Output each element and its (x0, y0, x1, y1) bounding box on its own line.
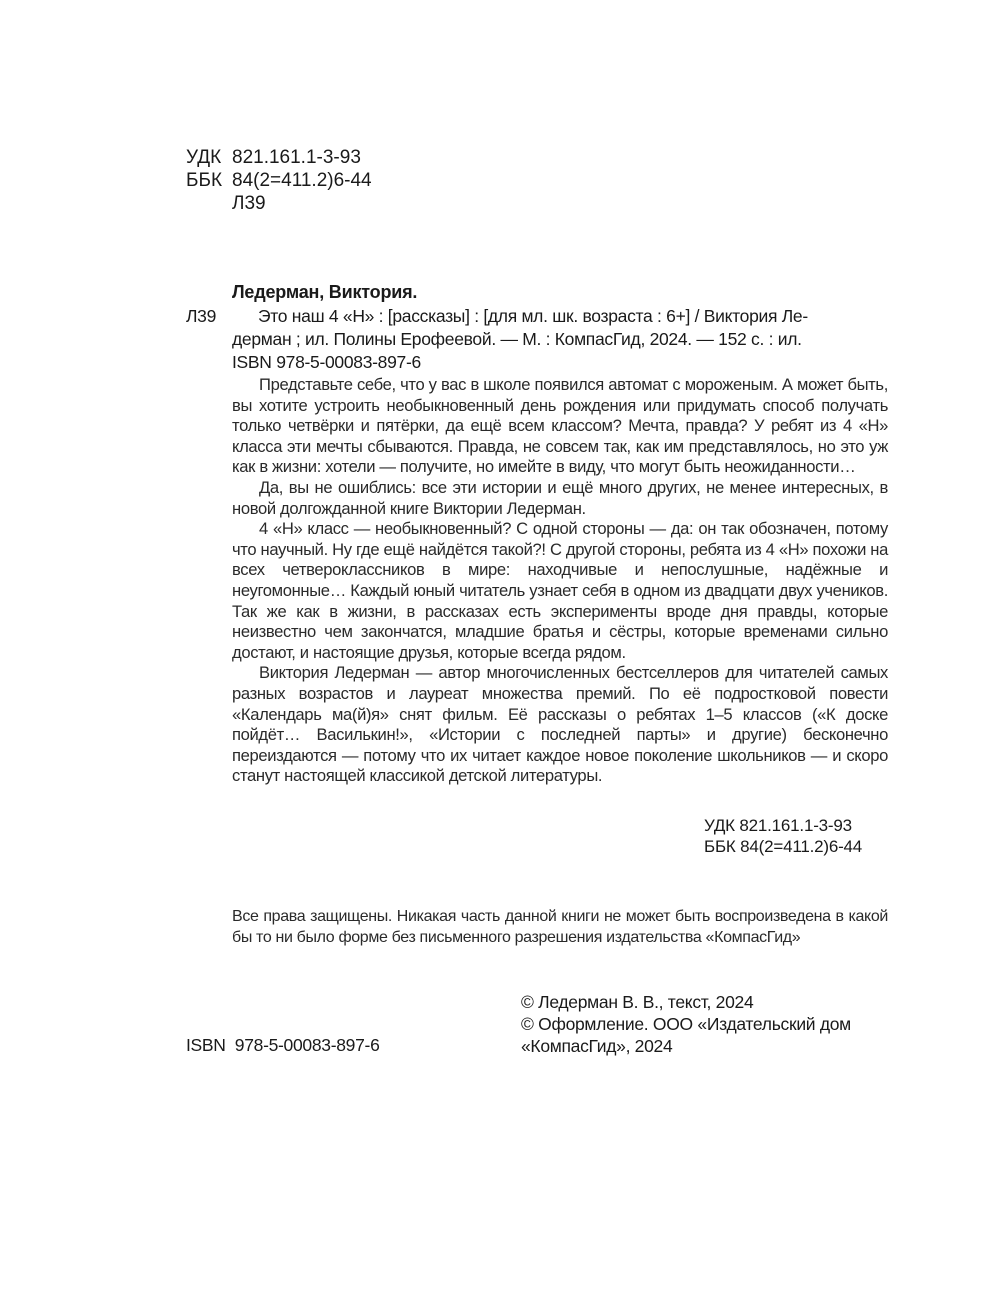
annotation: Представьте себе, что у вас в школе появ… (232, 375, 888, 787)
classification-block-top: УДК821.161.1-3-93 ББК84(2=411.2)6-44 Л39 (186, 146, 372, 215)
copyright-line: © Ледерман В. В., текст, 2024 (521, 991, 851, 1013)
udk-label: УДК (186, 146, 232, 169)
bib-author-mark: Л39 (186, 305, 216, 328)
annotation-paragraph: 4 «Н» класс — необыкновенный? С одной ст… (232, 519, 888, 663)
udk-bottom: УДК 821.161.1-3-93 (704, 815, 862, 836)
bib-line-1: Это наш 4 «Н» : [рассказы] : [для мл. шк… (232, 305, 892, 328)
bbk-value: 84(2=411.2)6-44 (232, 169, 372, 192)
bbk-label: ББК (186, 169, 232, 192)
bbk-bottom: ББК 84(2=411.2)6-44 (704, 836, 862, 857)
udk-value: 821.161.1-3-93 (232, 146, 361, 169)
bib-isbn: ISBN 978-5-00083-897-6 (232, 351, 892, 374)
rights-notice: Все права защищены. Никакая часть данной… (232, 907, 888, 948)
annotation-paragraph: Представьте себе, что у вас в школе появ… (232, 375, 888, 478)
bibliographic-description: Это наш 4 «Н» : [рассказы] : [для мл. шк… (232, 305, 892, 374)
footer-isbn: ISBN 978-5-00083-897-6 (186, 1034, 380, 1056)
copyright-line: «КомпасГид», 2024 (521, 1035, 851, 1057)
annotation-paragraph: Да, вы не ошиблись: все эти истории и ещ… (232, 478, 888, 519)
author-mark: Л39 (232, 192, 266, 215)
annotation-paragraph: Виктория Ледерман — автор многочисленных… (232, 663, 888, 787)
bib-line-2: дерман ; ил. Полины Ерофеевой. — М. : Ко… (232, 328, 892, 351)
copyright-block: © Ледерман В. В., текст, 2024 © Оформлен… (521, 991, 851, 1057)
classification-block-bottom: УДК 821.161.1-3-93 ББК 84(2=411.2)6-44 (704, 815, 862, 857)
author-heading: Ледерман, Виктория. (232, 282, 417, 303)
copyright-line: © Оформление. ООО «Издательский дом (521, 1013, 851, 1035)
